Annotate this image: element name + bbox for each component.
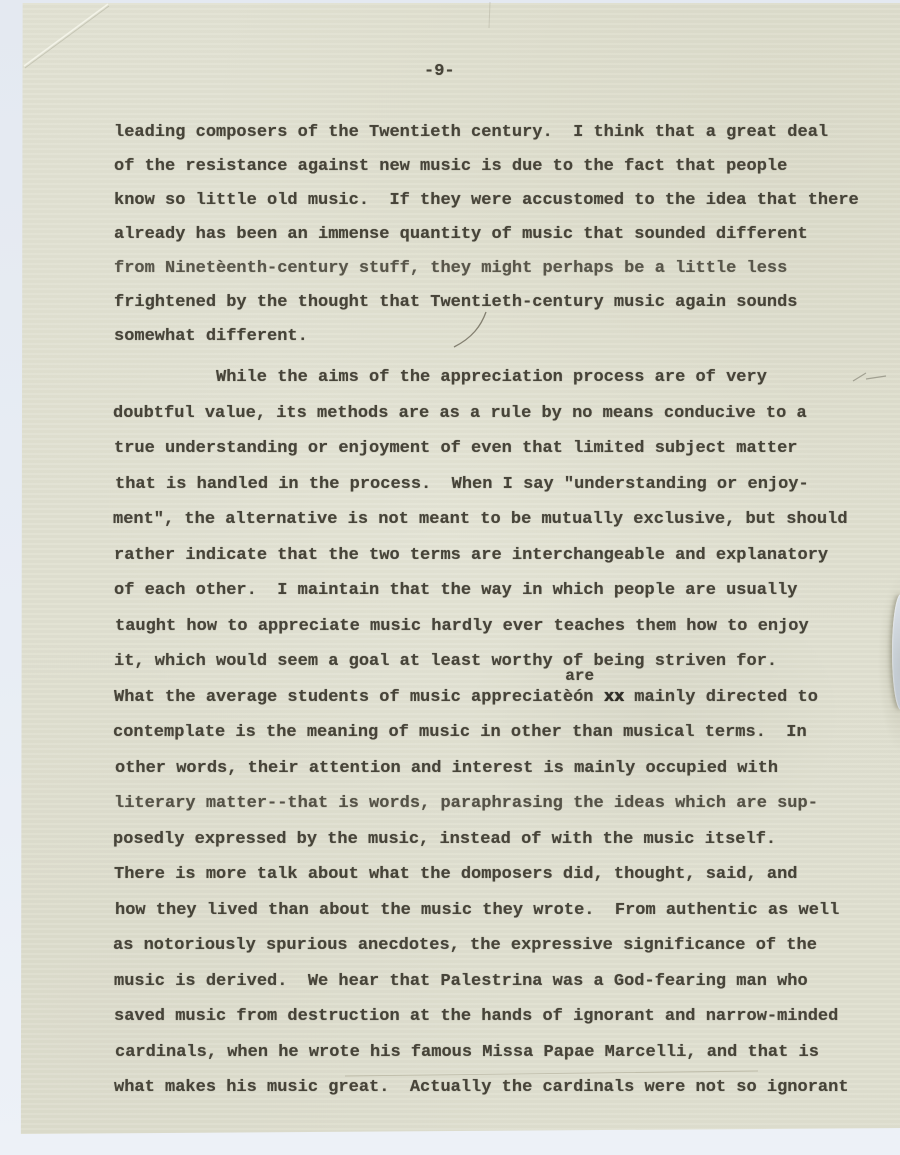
page-number: -9-: [424, 62, 455, 81]
typed-line: as notoriously spurious anecdotes, the e…: [113, 928, 893, 964]
typed-line: taught how to appreciate music hardly ev…: [115, 609, 895, 645]
paper-page: -9- leading composers of the Twentieth c…: [20, 3, 900, 1134]
typed-line: other words, their attention and interes…: [115, 751, 895, 787]
typed-line: from Ninetèenth-century stuff, they migh…: [114, 252, 894, 286]
struck-out-characters: xx: [604, 688, 624, 707]
typed-line: of the resistance against new music is d…: [114, 150, 894, 184]
typed-insertion-above-line: are: [565, 659, 594, 695]
typed-line: frightened by the thought that Twentieth…: [114, 286, 894, 320]
typed-line: cardinals, when he wrote his famous Miss…: [115, 1035, 895, 1071]
paragraph-1: leading composers of the Twentieth centu…: [114, 116, 894, 354]
typed-line-with-correction: What the average students of music appre…: [114, 680, 894, 716]
typed-line: doubtful value, its methods are as a rul…: [113, 396, 893, 432]
typed-line: rather indicate that the two terms are i…: [114, 538, 894, 574]
correction-text-after: mainly directed to: [624, 688, 818, 707]
typed-line: leading composers of the Twentieth centu…: [114, 116, 894, 150]
paragraph-2: While the aims of the appreciation proce…: [114, 360, 894, 1106]
typed-line: of each other. I maintain that the way i…: [114, 573, 894, 609]
typed-line: what makes his music great. Actually the…: [114, 1070, 894, 1106]
typed-line: it, which would seem a goal at least wor…: [114, 644, 894, 680]
typed-line: how they lived than about the music they…: [115, 893, 895, 929]
typed-line: While the aims of the appreciation proce…: [114, 360, 894, 396]
correction-text-before: What the average students of music appre…: [114, 688, 604, 707]
scanned-document: { "colors": { "paper": "#e0e0d1", "backg…: [0, 0, 900, 1155]
typed-line: somewhat different.: [114, 320, 894, 354]
typed-line: There is more talk about what the dompos…: [114, 857, 894, 893]
typed-line: true understanding or enjoyment of even …: [114, 431, 894, 467]
typed-line: that is handled in the process. When I s…: [115, 467, 895, 503]
typed-line: ment", the alternative is not meant to b…: [113, 502, 893, 538]
typed-line: literary matter--that is words, paraphra…: [114, 786, 894, 822]
typed-line: already has been an immense quantity of …: [114, 218, 894, 252]
typed-line: music is derived. We hear that Palestrin…: [114, 964, 894, 1000]
typed-line: saved music from destruction at the hand…: [114, 999, 894, 1035]
typed-line: posedly expressed by the music, instead …: [113, 822, 893, 858]
typed-line: contemplate is the meaning of music in o…: [113, 715, 893, 751]
typed-line: know so little old music. If they were a…: [114, 184, 894, 218]
